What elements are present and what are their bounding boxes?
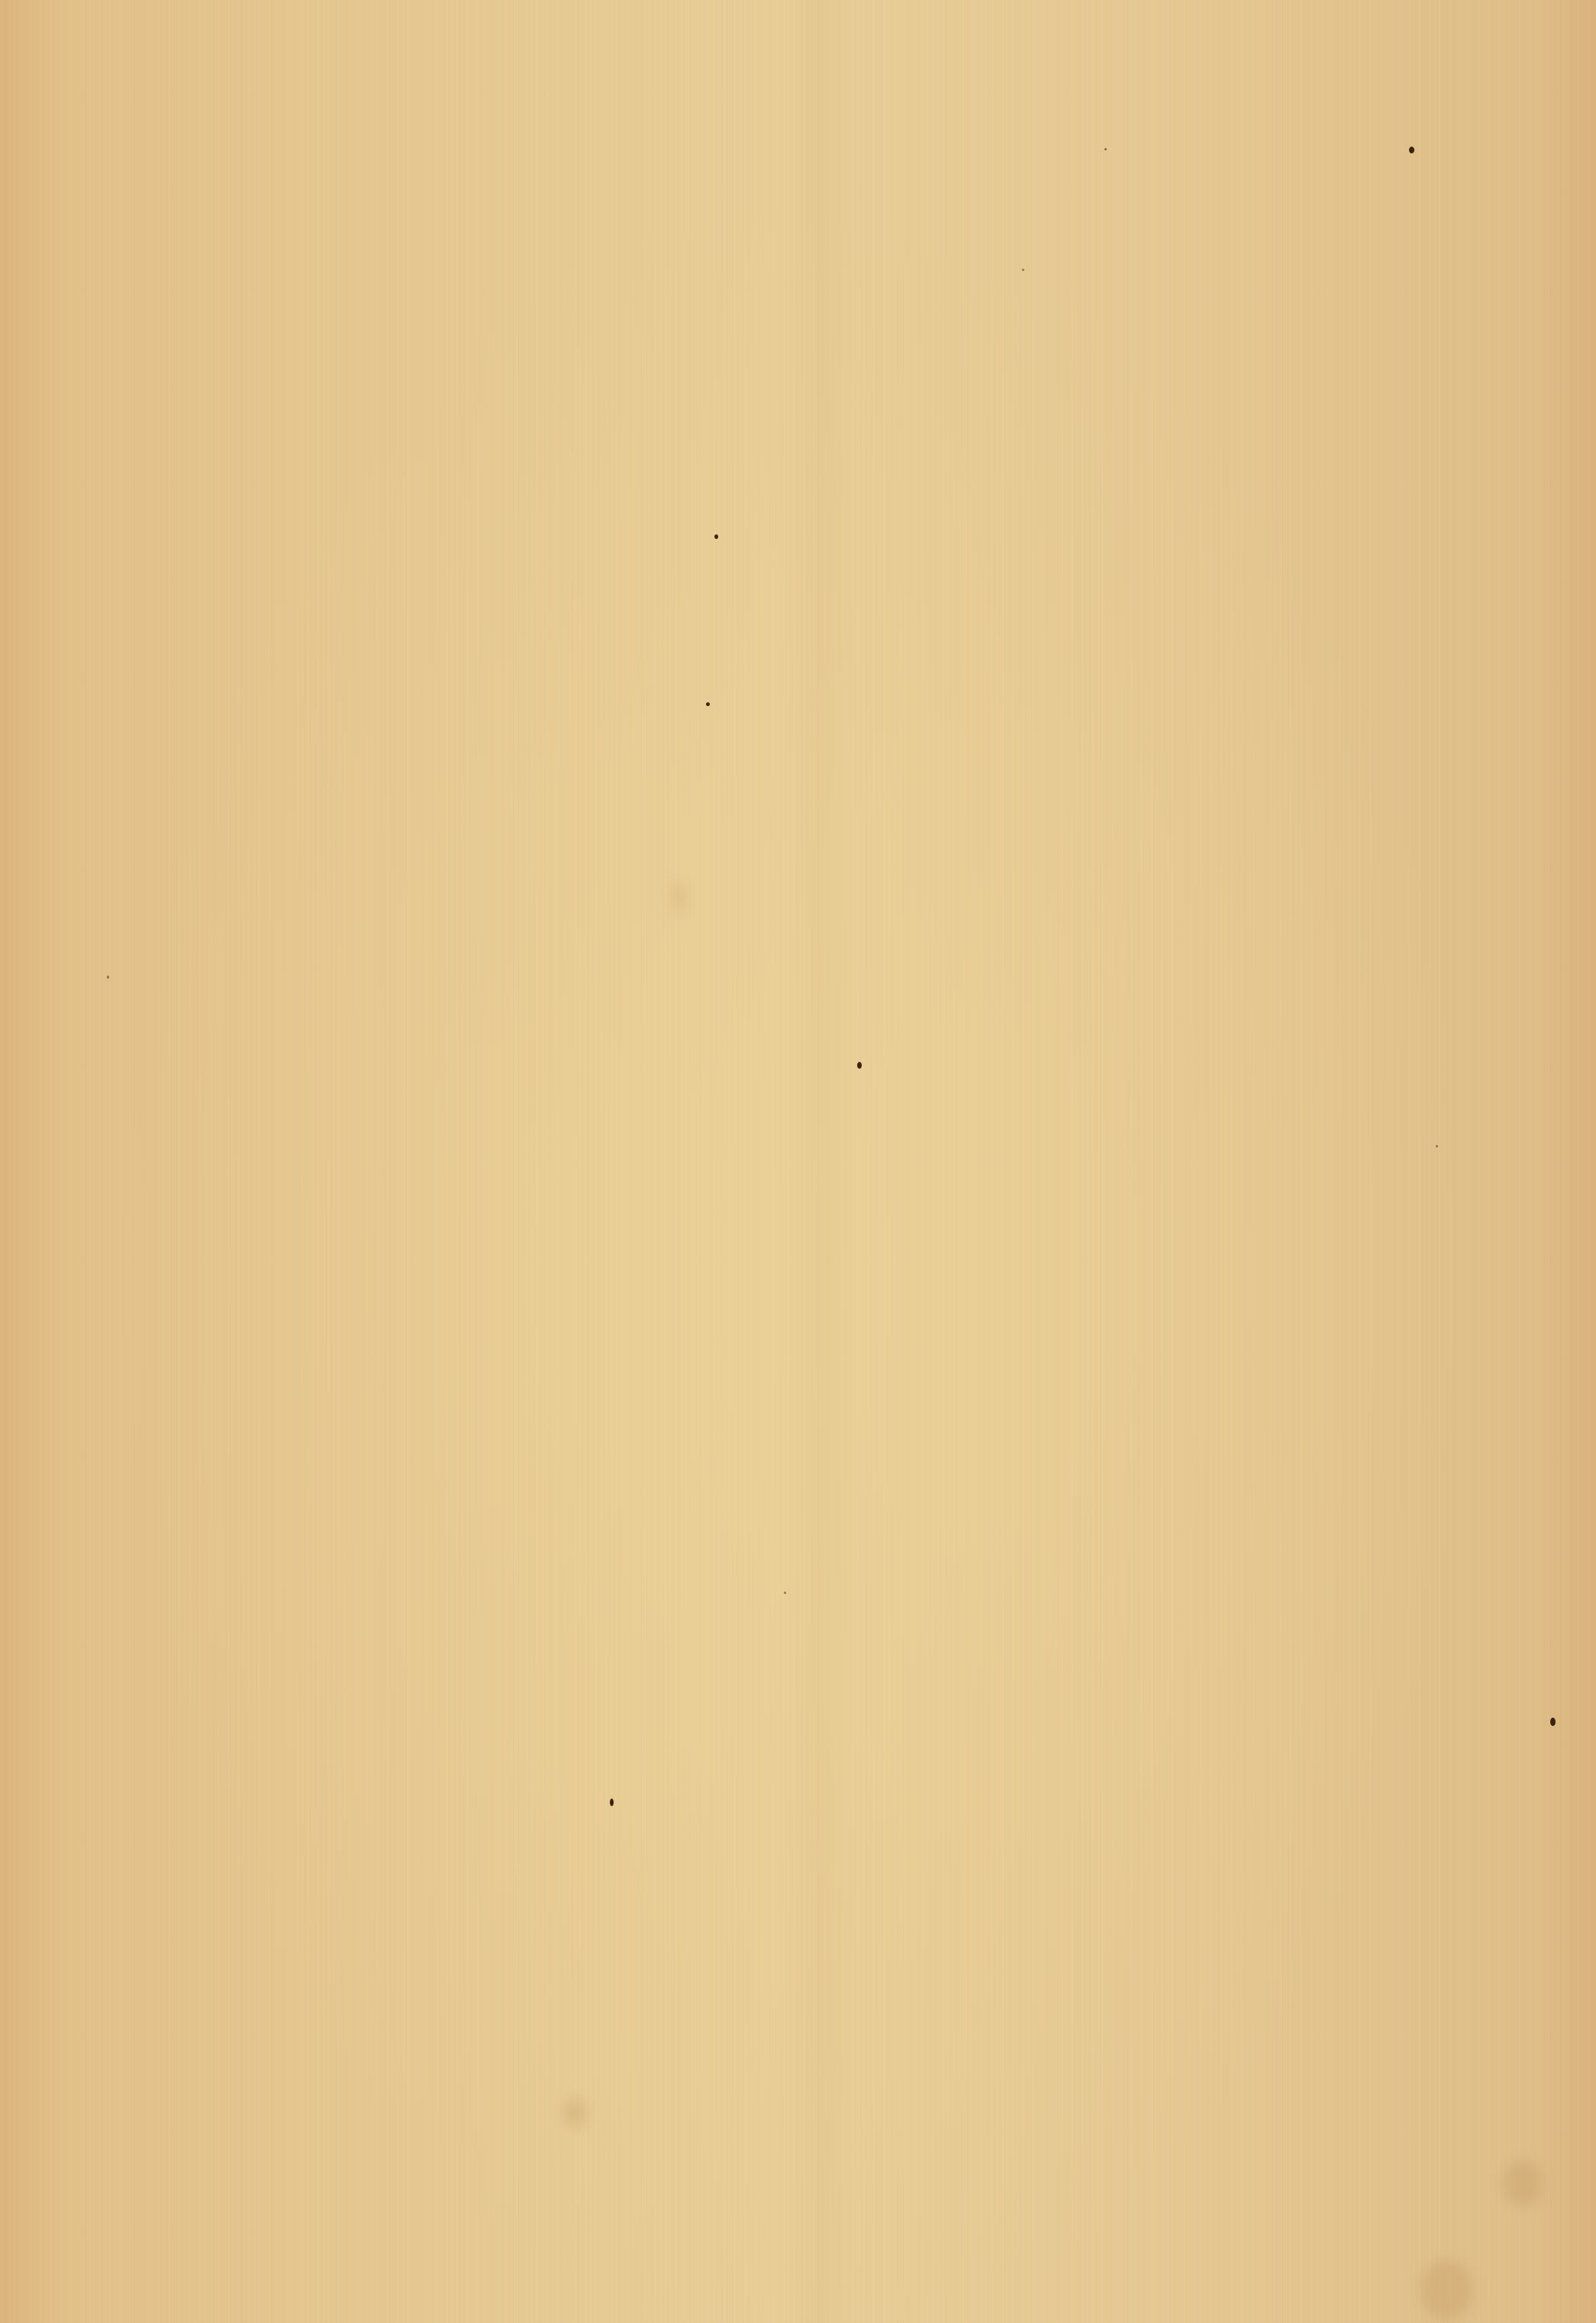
- blank-paper-page: [0, 0, 1596, 2323]
- paper-stain: [563, 2099, 586, 2127]
- ink-speck: [1022, 269, 1024, 271]
- ink-speck: [610, 1799, 614, 1806]
- ink-speck: [706, 702, 710, 706]
- ink-speck: [784, 1592, 786, 1594]
- ink-speck: [1550, 1718, 1556, 1726]
- ink-speck: [714, 534, 718, 539]
- paper-stain: [672, 882, 687, 912]
- paper-stain: [1420, 2260, 1473, 2321]
- ink-speck: [1436, 1145, 1438, 1147]
- ink-speck: [1104, 148, 1107, 150]
- ink-speck: [857, 1062, 862, 1069]
- page-center-shading: [786, 0, 855, 2323]
- ink-speck: [1409, 147, 1414, 153]
- paper-stain: [1504, 2160, 1542, 2206]
- ink-speck: [107, 976, 109, 979]
